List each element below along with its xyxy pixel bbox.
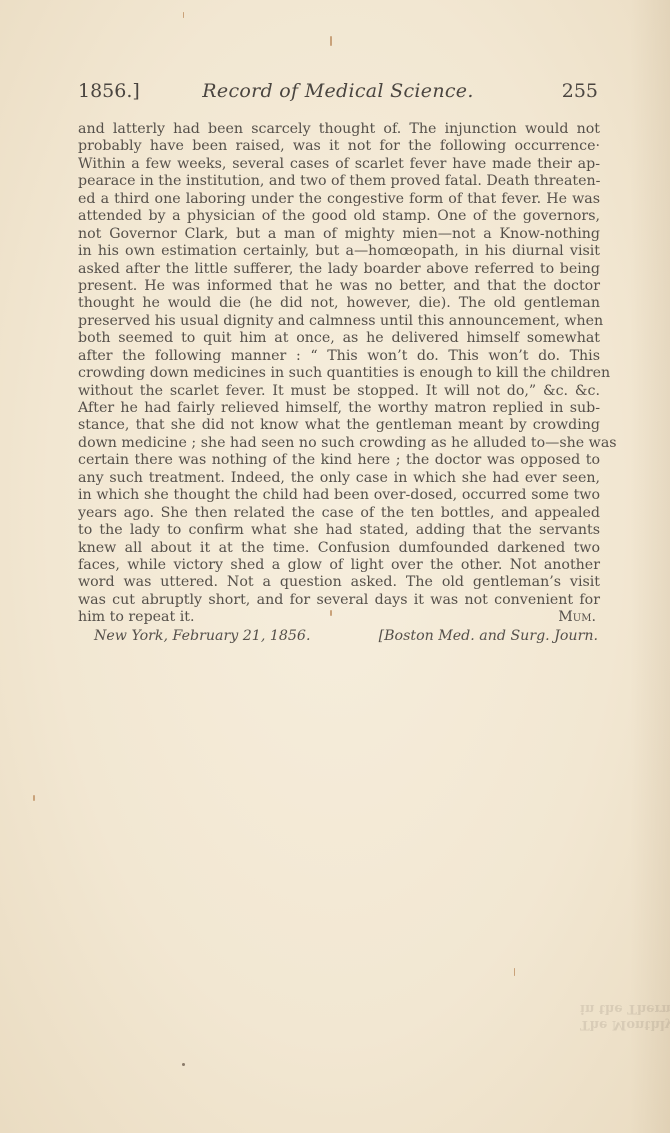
paper-speck	[182, 1063, 185, 1066]
text-line: after the following manner : “ This won’…	[78, 348, 600, 365]
text-line: in his own estimation certainly, but a—h…	[78, 243, 600, 260]
text-line: years ago. She then related the case of …	[78, 505, 600, 522]
text-line: word was uttered. Not a question asked. …	[78, 574, 600, 591]
text-line: present. He was informed that he was no …	[78, 278, 600, 295]
text-line: pearace in the institution, and two of t…	[78, 173, 600, 190]
text-line: probably have been raised, was it not fo…	[78, 138, 600, 155]
text-line: asked after the little sufferer, the lad…	[78, 261, 600, 278]
final-text: him to repeat it.	[78, 609, 194, 626]
text-line: faces, while victory shed a glow of ligh…	[78, 557, 600, 574]
bleed-line: in the Thermometer 40°.	[580, 1000, 670, 1016]
text-line: knew all about it at the time. Confusion…	[78, 540, 600, 557]
page-edge-shadow	[630, 0, 670, 1133]
text-line: not Governor Clark, but a man of mighty …	[78, 226, 600, 243]
text-line: both seemed to quit him at once, as he d…	[78, 330, 600, 347]
bleed-through-text: The Monthly Range of the in the Thermome…	[580, 1000, 670, 1032]
text-line: to the lady to confirm what she had stat…	[78, 522, 600, 539]
text-line: down medicine ; she had seen no such cro…	[78, 435, 600, 452]
paper-speck	[33, 795, 35, 801]
source-citation: [Boston Med. and Surg. Journ.	[379, 628, 598, 646]
paper-speck	[514, 968, 515, 976]
text-line: any such treatment. Indeed, the only cas…	[78, 470, 600, 487]
paper-speck	[183, 12, 184, 18]
text-line: certain there was nothing of the kind he…	[78, 452, 600, 469]
closing-line: him to repeat it. Mum.	[78, 609, 600, 626]
paper-speck	[330, 36, 332, 46]
header-title: Record of Medical Science.	[78, 80, 598, 102]
text-line: and latterly had been scarcely thought o…	[78, 121, 600, 138]
text-line: crowding down medicines in such quantiti…	[78, 365, 600, 382]
text-line: in which she thought the child had been …	[78, 487, 600, 504]
bleed-line: The Monthly Range of the	[580, 1016, 670, 1032]
text-line: thought he would die (he did not, howeve…	[78, 295, 600, 312]
page-number: 255	[562, 80, 598, 102]
article-body: and latterly had been scarcely thought o…	[78, 121, 600, 646]
text-line: without the scarlet fever. It must be st…	[78, 383, 600, 400]
dateline: New York, February 21, 1856. [Boston Med…	[78, 628, 600, 646]
text-line: After he had fairly relieved himself, th…	[78, 400, 600, 417]
text-line: stance, that she did not know what the g…	[78, 417, 600, 434]
text-line: was cut abruptly short, and for several …	[78, 592, 600, 609]
place-and-date: New York, February 21, 1856.	[94, 628, 310, 646]
text-line: ed a third one laboring under the conges…	[78, 191, 600, 208]
running-header: 1856.] Record of Medical Science. 255	[78, 80, 598, 106]
author-signature: Mum.	[558, 609, 596, 626]
page: 1856.] Record of Medical Science. 255 an…	[0, 0, 670, 1133]
text-line: Within a few weeks, several cases of sca…	[78, 156, 600, 173]
text-line: attended by a physician of the good old …	[78, 208, 600, 225]
text-line: preserved his usual dignity and calmness…	[78, 313, 600, 330]
